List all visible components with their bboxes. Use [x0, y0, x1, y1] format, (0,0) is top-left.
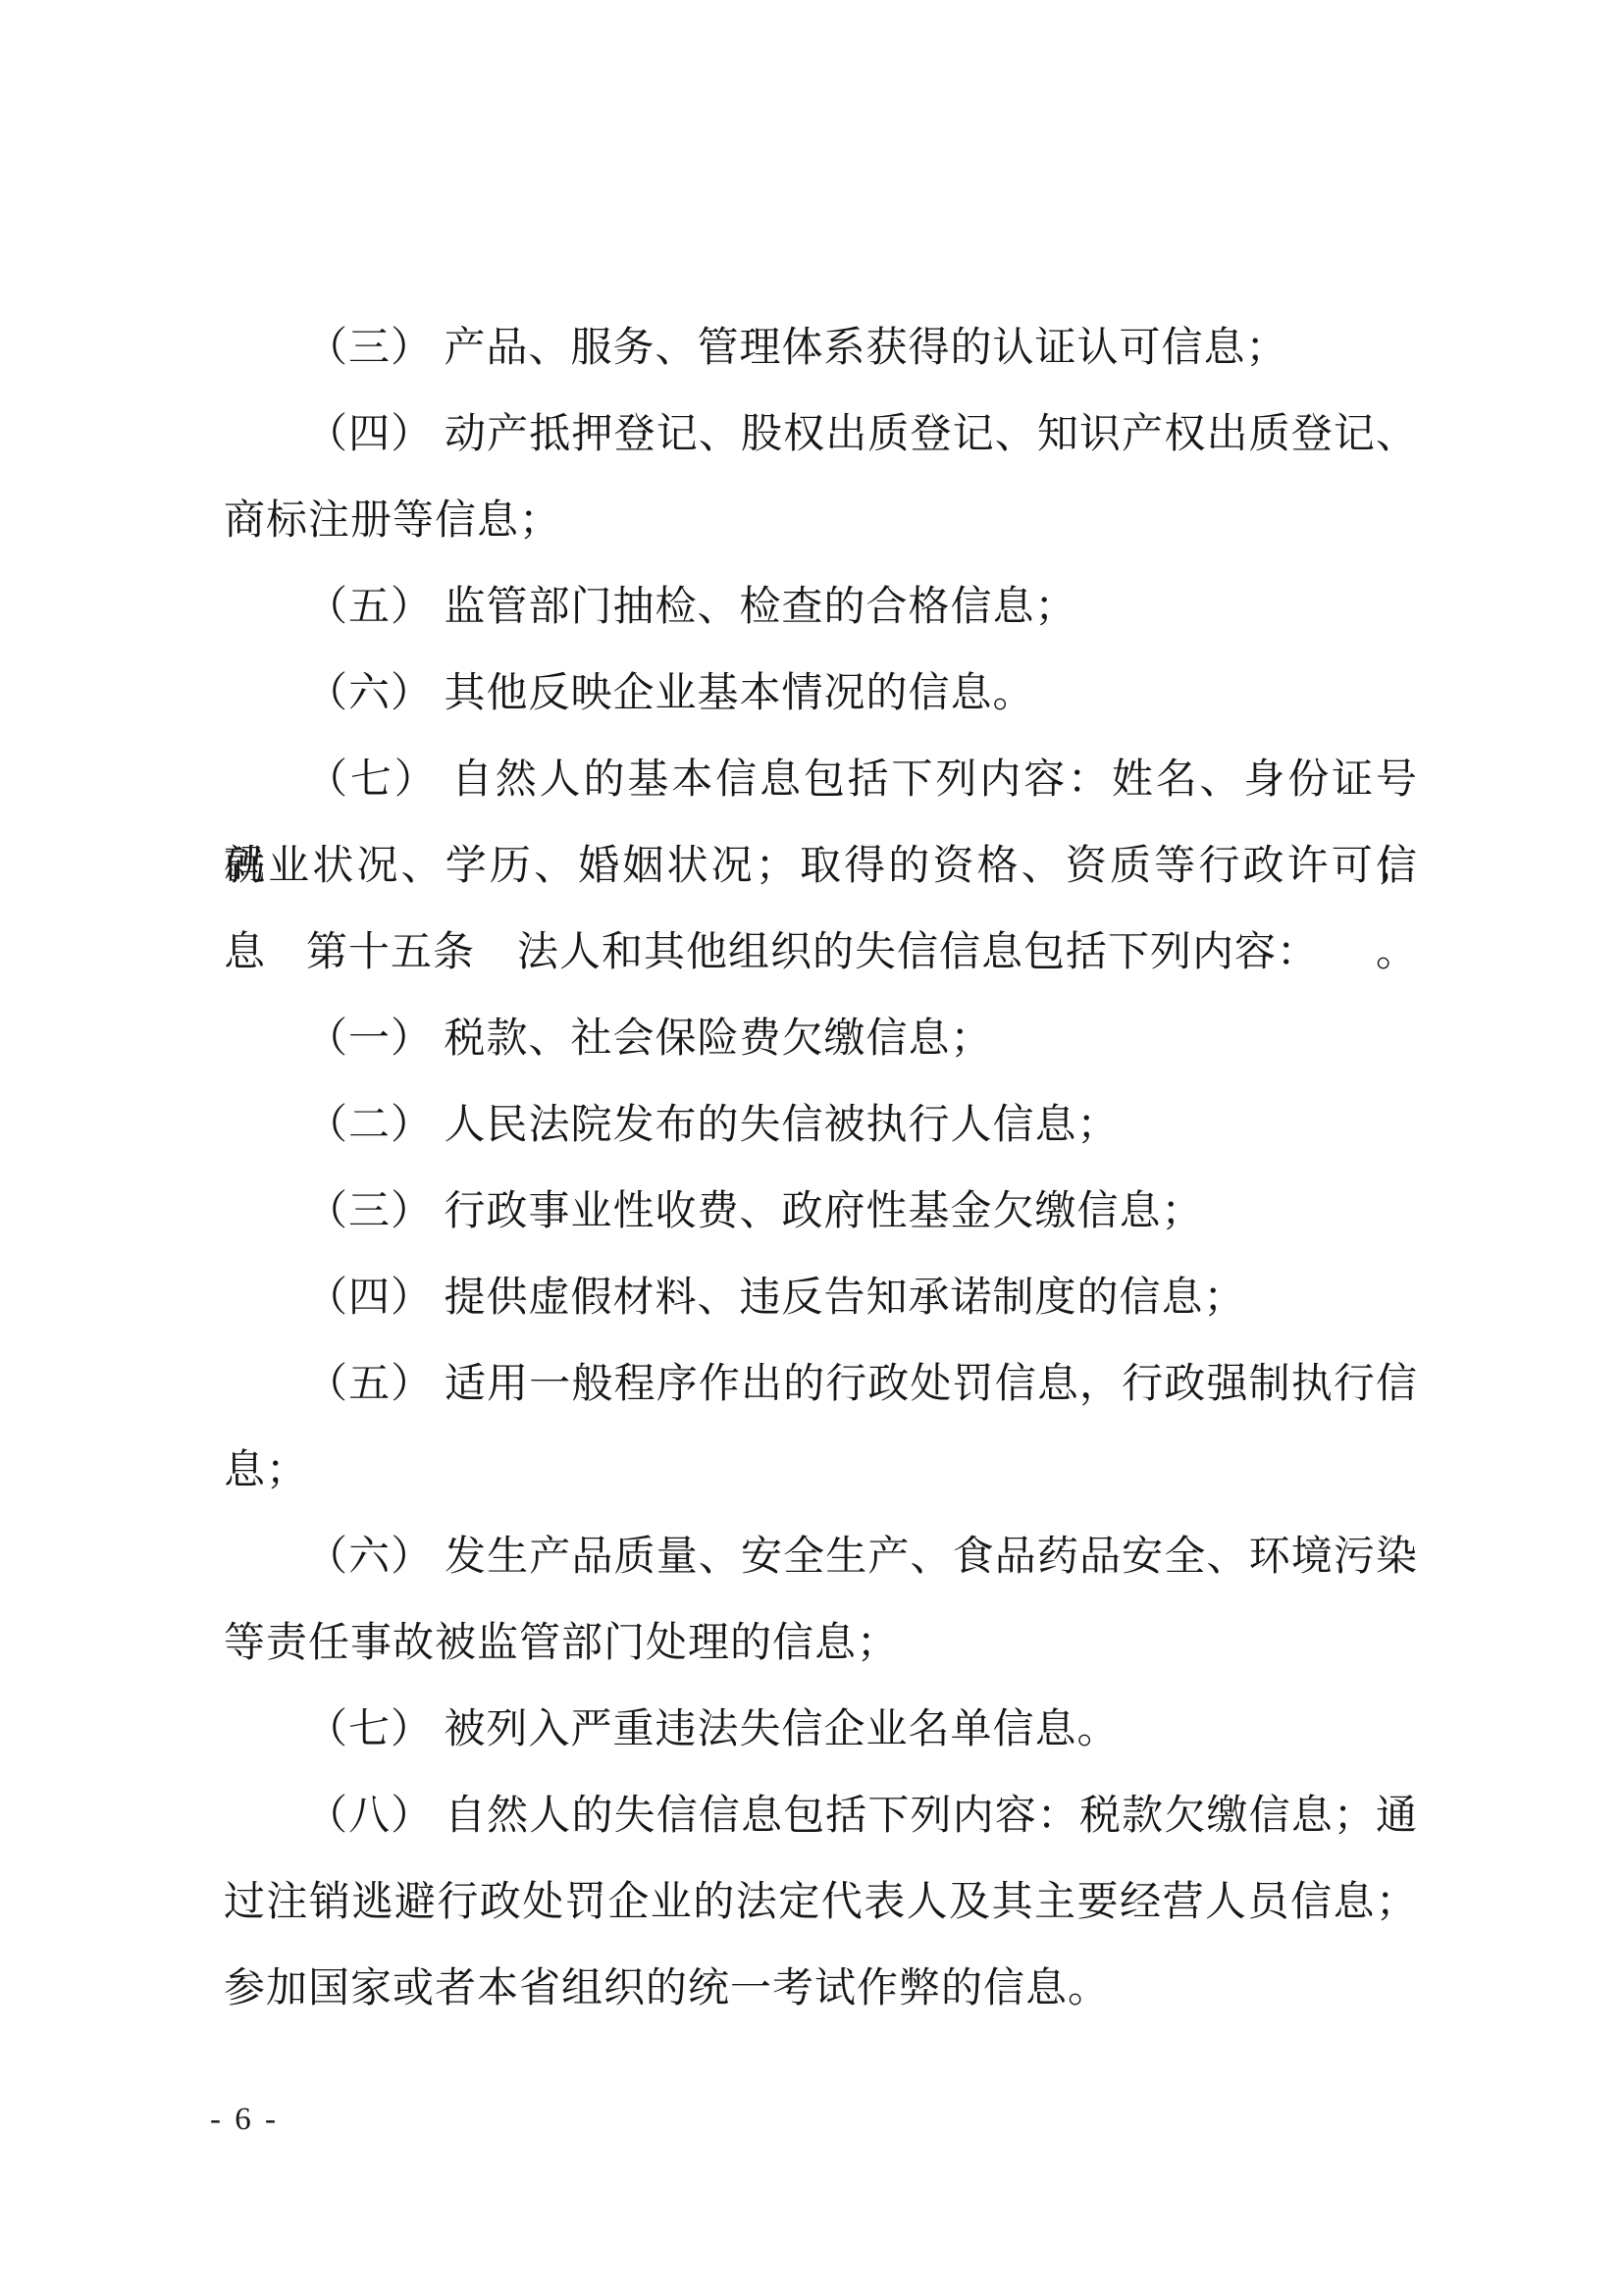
document-line: 商标注册等信息；: [224, 478, 1418, 564]
document-line: （五） 监管部门抽检、检查的合格信息；: [224, 564, 1418, 651]
document-line: （二） 人民法院发布的失信被执行人信息；: [224, 1082, 1418, 1169]
document-line: （八） 自然人的失信信息包括下列内容：税款欠缴信息；通: [224, 1773, 1418, 1859]
document-line: （一） 税款、社会保险费欠缴信息；: [224, 996, 1418, 1082]
document-line: （六） 发生产品质量、安全生产、食品药品安全、环境污染: [224, 1514, 1418, 1600]
document-line: （四） 提供虚假材料、违反告知承诺制度的信息；: [224, 1255, 1418, 1341]
document-line-article-15: 第十五条 法人和其他组织的失信信息包括下列内容：: [224, 910, 1418, 996]
document-line: 息；: [224, 1428, 1418, 1514]
page-number: - 6 -: [210, 2098, 279, 2141]
document-line: （六） 其他反映企业基本情况的信息。: [224, 651, 1418, 737]
document-line: 就业状况、学历、婚姻状况；取得的资格、资质等行政许可信息。: [224, 823, 1418, 910]
document-line: （七） 自然人的基本信息包括下列内容：姓名、身份证号码；: [224, 737, 1418, 823]
document-line: 等责任事故被监管部门处理的信息；: [224, 1600, 1418, 1687]
document-line: 过注销逃避行政处罚企业的法定代表人及其主要经营人员信息；: [224, 1859, 1418, 1946]
document-line: （三） 产品、服务、管理体系获得的认证认可信息；: [224, 305, 1418, 391]
document-line: （四） 动产抵押登记、股权出质登记、知识产权出质登记、: [224, 391, 1418, 478]
document-line: 参加国家或者本省组织的统一考试作弊的信息。: [224, 1946, 1418, 2032]
document-line: （三） 行政事业性收费、政府性基金欠缴信息；: [224, 1169, 1418, 1255]
document-page: （三） 产品、服务、管理体系获得的认证认可信息； （四） 动产抵押登记、股权出质…: [0, 0, 1624, 2296]
document-body: （三） 产品、服务、管理体系获得的认证认可信息； （四） 动产抵押登记、股权出质…: [224, 305, 1418, 2032]
document-line: （七） 被列入严重违法失信企业名单信息。: [224, 1687, 1418, 1773]
document-line: （五） 适用一般程序作出的行政处罚信息，行政强制执行信: [224, 1341, 1418, 1428]
